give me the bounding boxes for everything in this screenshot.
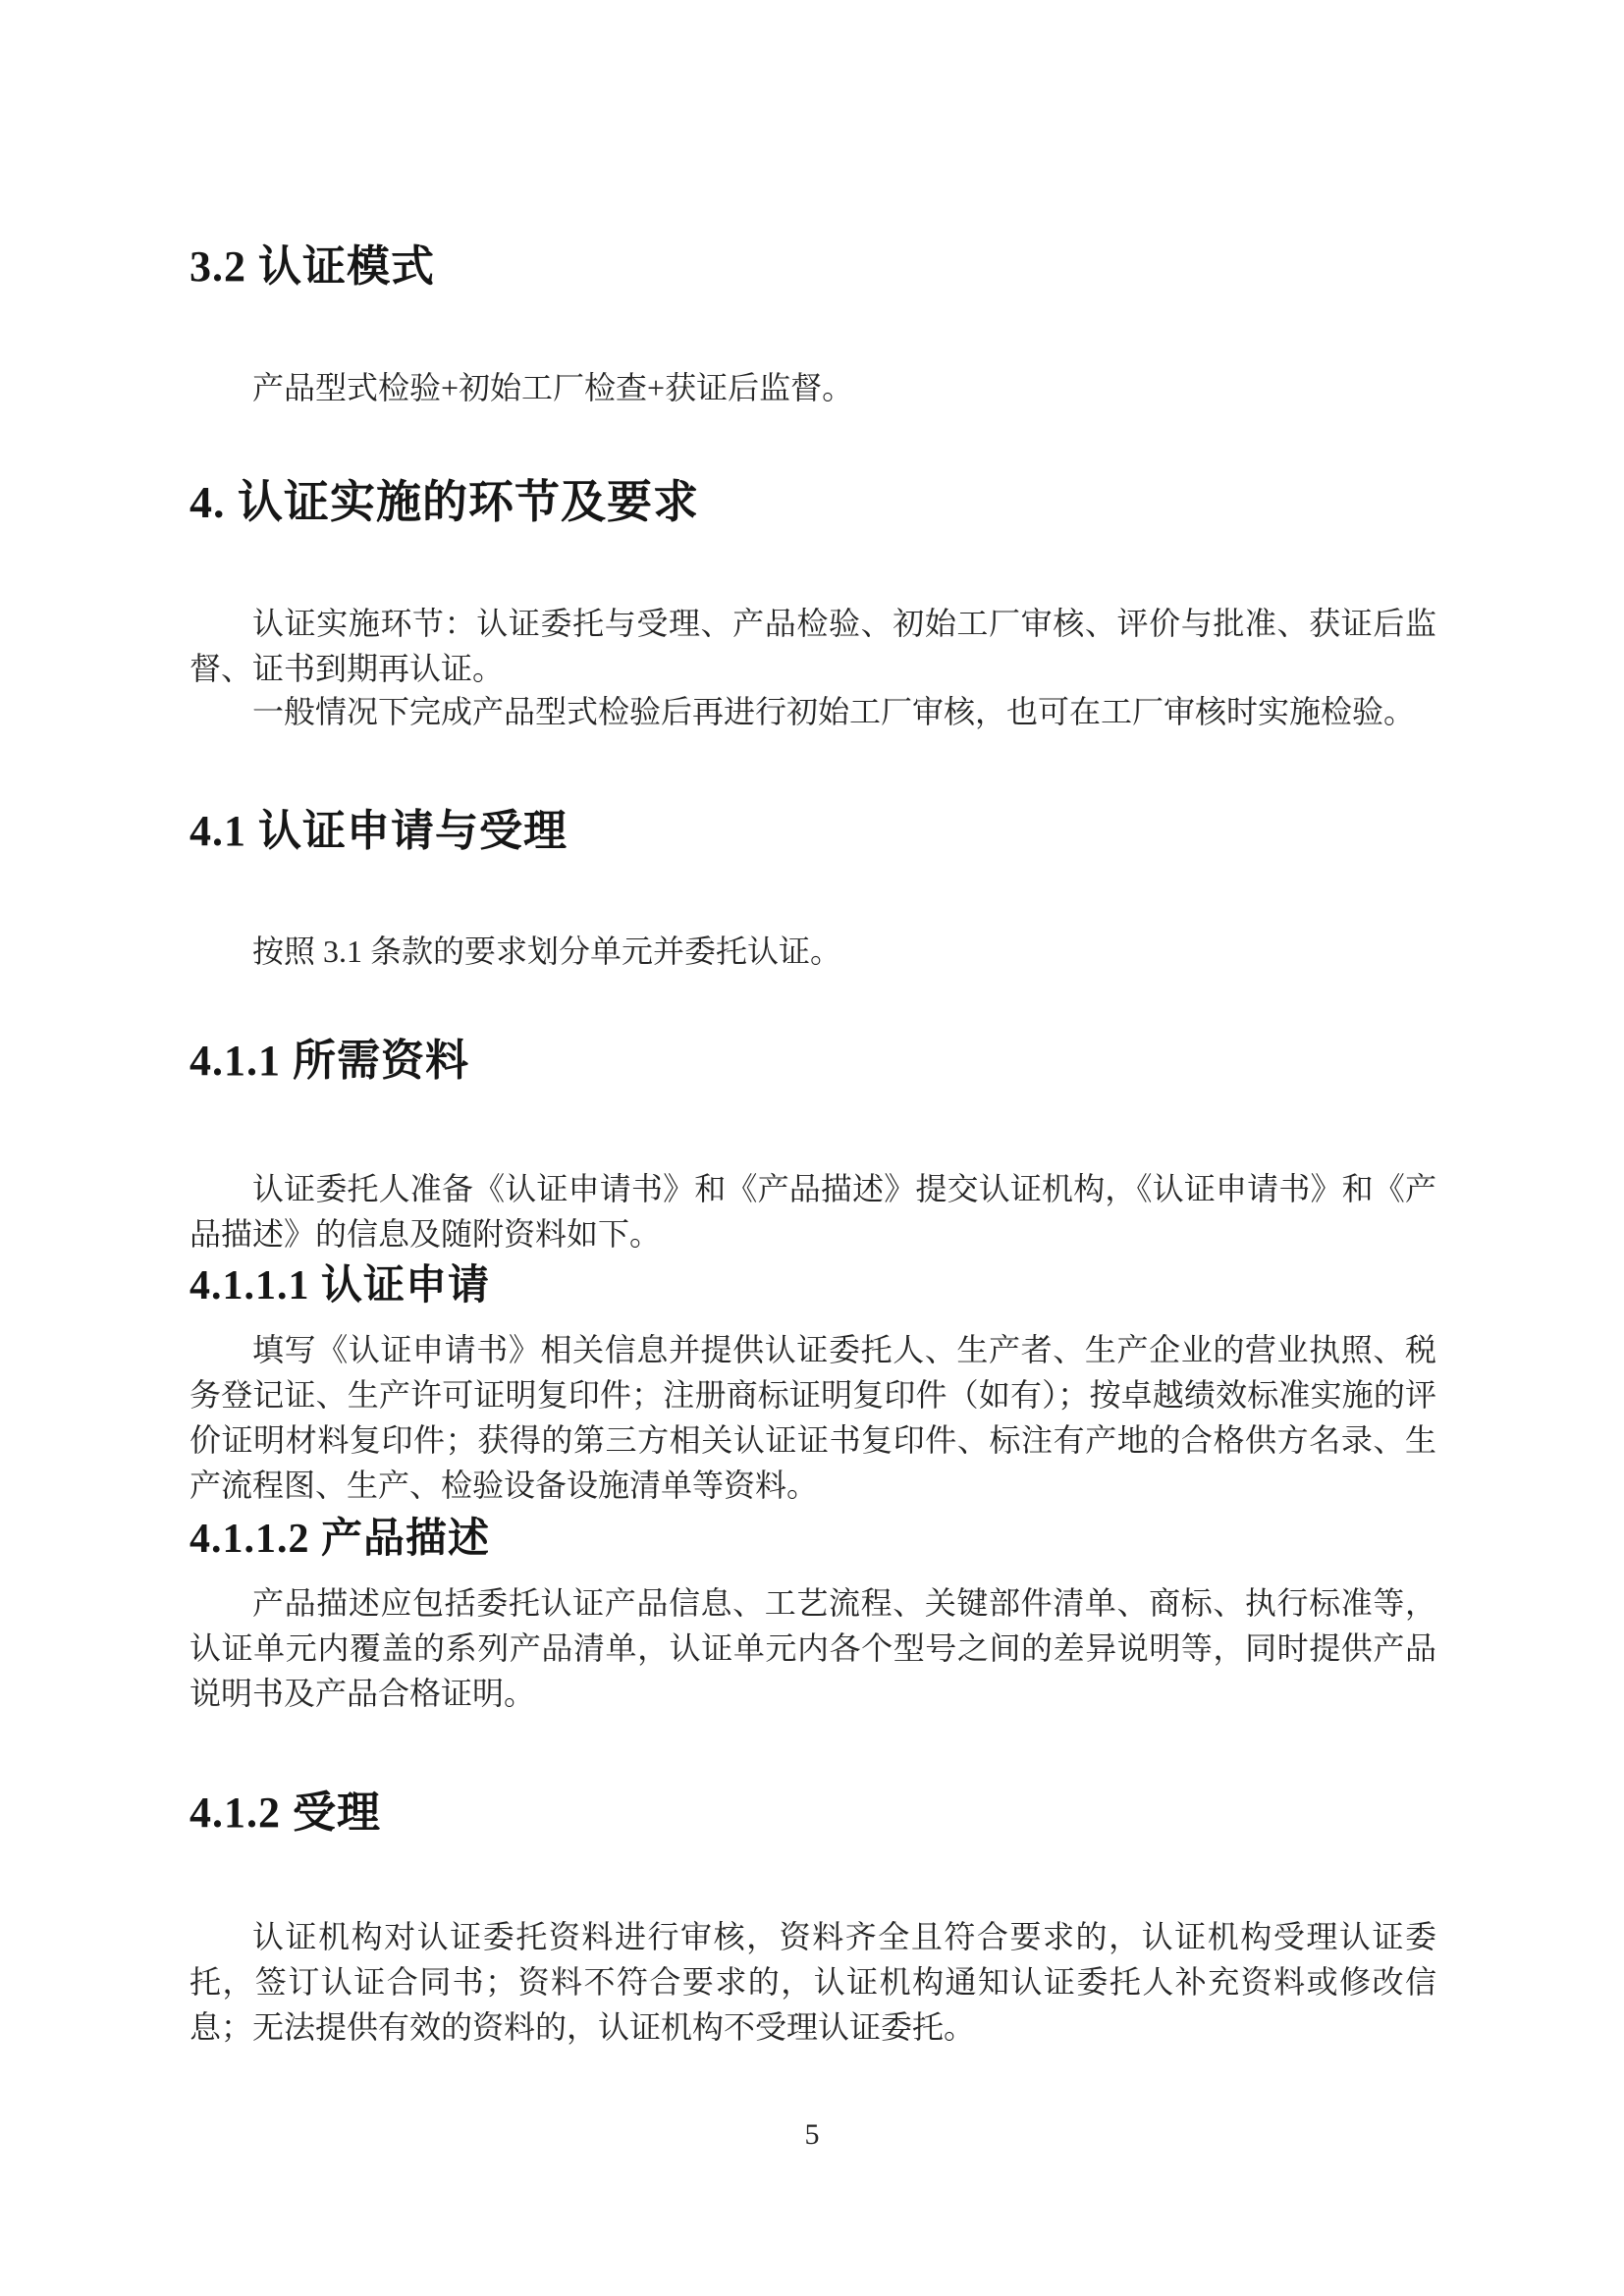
- paragraph-required-documents: 认证委托人准备《认证申请书》和《产品描述》提交认证机构，《认证申请书》和《产品描…: [189, 1166, 1436, 1256]
- section-heading-4-1-2-acceptance: 4.1.2 受理: [189, 1789, 1436, 1839]
- section-heading-3-2-certification-mode: 3.2 认证模式: [189, 242, 1436, 293]
- section-heading-4-1-1-required-documents: 4.1.1 所需资料: [189, 1037, 1436, 1087]
- section-heading-4-1-application-acceptance: 4.1 认证申请与受理: [189, 807, 1436, 857]
- chapter-heading-4-implementation: 4. 认证实施的环节及要求: [189, 477, 1436, 529]
- paragraph-certification-mode: 产品型式检验+初始工厂检查+获证后监督。: [189, 365, 1436, 410]
- paragraph-implementation-steps: 认证实施环节：认证委托与受理、产品检验、初始工厂审核、评价与批准、获证后监督、证…: [189, 601, 1436, 691]
- paragraph-product-description-details: 产品描述应包括委托认证产品信息、工艺流程、关键部件清单、商标、执行标准等，认证单…: [189, 1580, 1436, 1716]
- paragraph-unit-division: 按照 3.1 条款的要求划分单元并委托认证。: [189, 929, 1436, 974]
- document-page: 3.2 认证模式 产品型式检验+初始工厂检查+获证后监督。 4. 认证实施的环节…: [0, 0, 1624, 2296]
- section-heading-4-1-1-1-certification-application: 4.1.1.1 认证申请: [189, 1262, 1436, 1309]
- page-number: 5: [0, 2118, 1624, 2152]
- paragraph-general-case: 一般情况下完成产品型式检验后再进行初始工厂审核，也可在工厂审核时实施检验。: [189, 689, 1436, 734]
- paragraph-acceptance-details: 认证机构对认证委托资料进行审核，资料齐全且符合要求的，认证机构受理认证委托，签订…: [189, 1914, 1436, 2050]
- section-heading-4-1-1-2-product-description: 4.1.1.2 产品描述: [189, 1516, 1436, 1563]
- paragraph-certification-application-details: 填写《认证申请书》相关信息并提供认证委托人、生产者、生产企业的营业执照、税务登记…: [189, 1327, 1436, 1508]
